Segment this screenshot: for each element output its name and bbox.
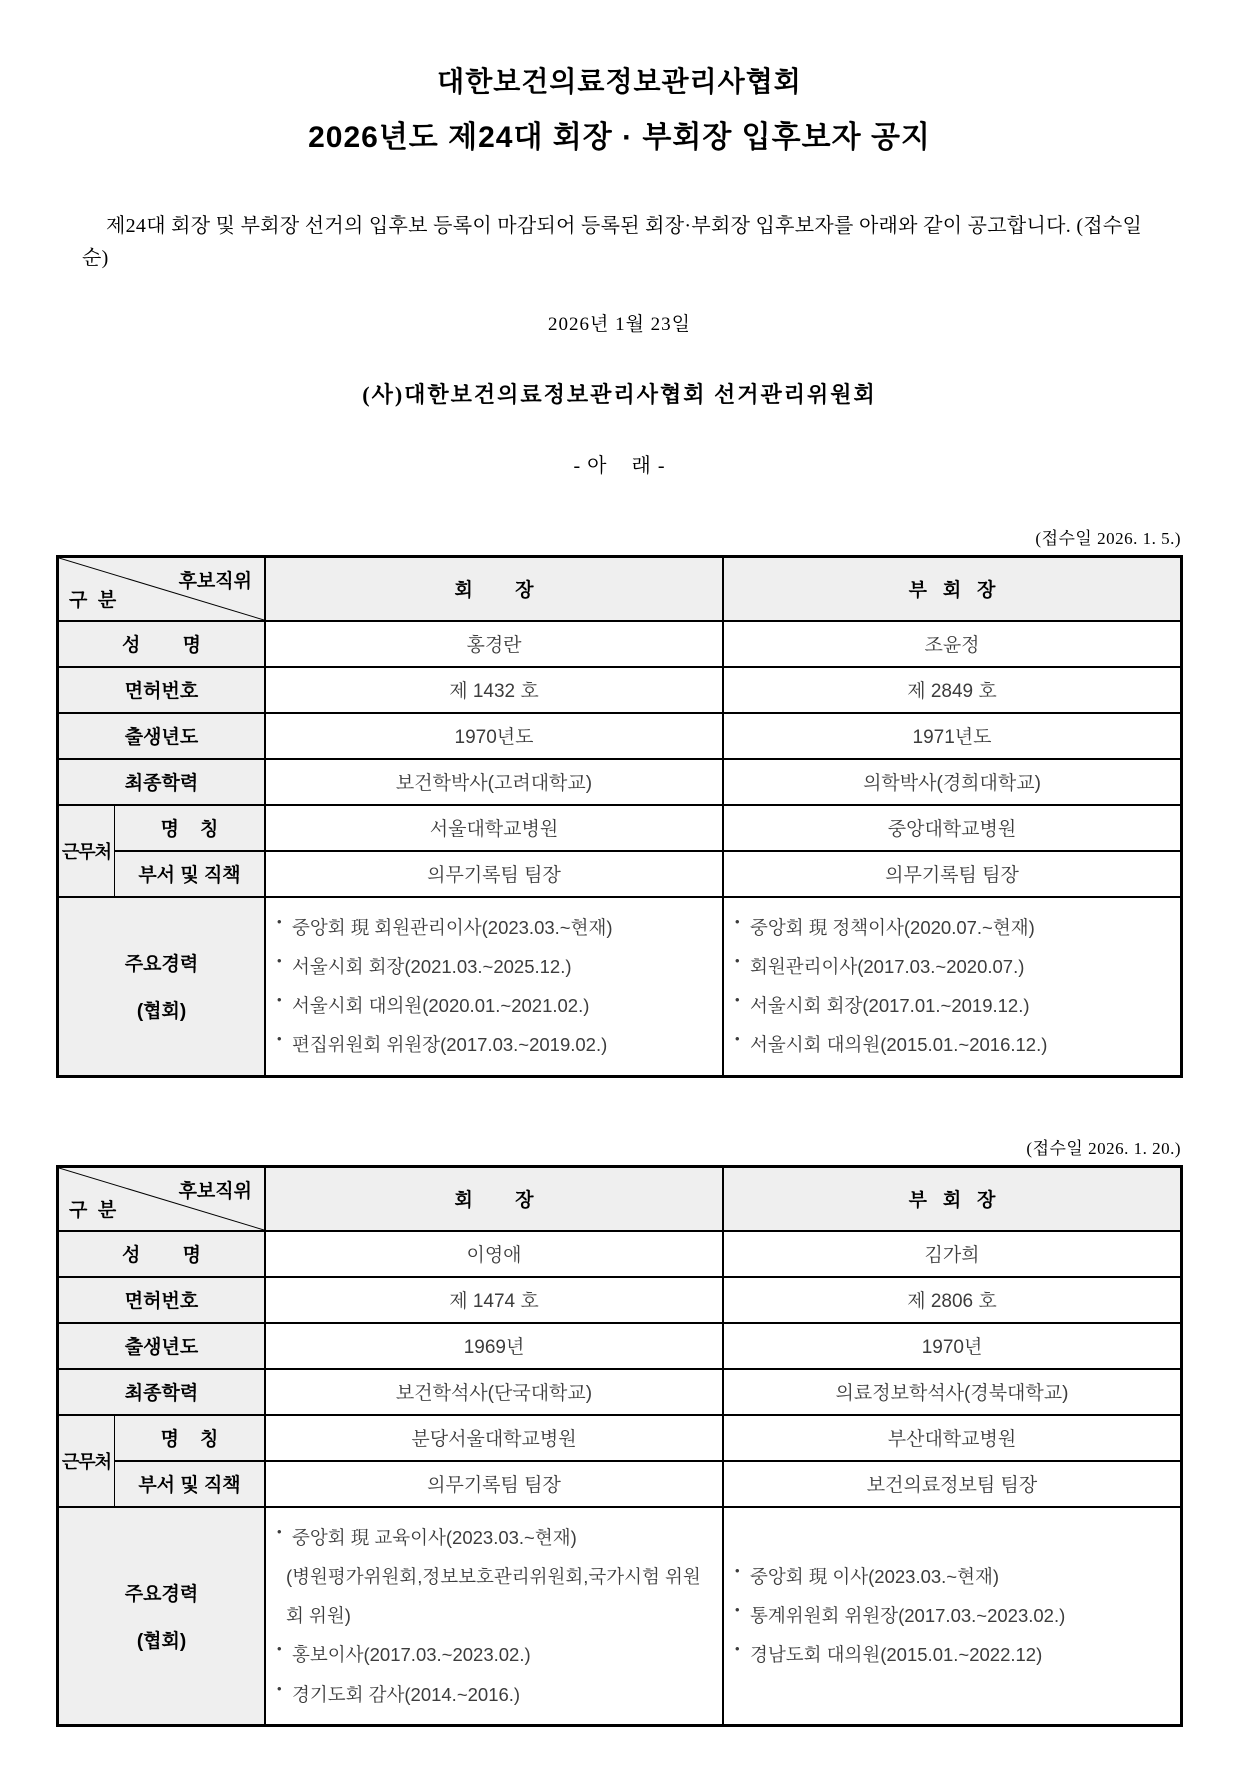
- education-row-label: 최종학력: [59, 1368, 264, 1414]
- president-license: 제 1432 호: [264, 666, 722, 712]
- workplace-group-label: 근무처: [59, 804, 114, 896]
- president-column-header: 회 장: [264, 558, 722, 620]
- vice-name: 조윤정: [722, 620, 1180, 666]
- career-label-line2: (협회): [137, 996, 186, 1023]
- president-name: 홍경란: [264, 620, 722, 666]
- name-row-label: 성 명: [59, 620, 264, 666]
- license-row-label: 면허번호: [59, 666, 264, 712]
- corner-header-cell: 후보직위 구 분: [59, 1168, 264, 1230]
- career-item: 경남도회 대의원(2015.01.~2022.12): [730, 1635, 1174, 1674]
- candidate-table-2: 후보직위 구 분 회 장 부 회 장 성 명 이영애 김가희 면허번호 제 14…: [56, 1165, 1183, 1727]
- corner-header-cell: 후보직위 구 분: [59, 558, 264, 620]
- career-item: 홍보이사(2017.03.~2023.02.): [272, 1635, 716, 1674]
- vice-career-cell: 중앙회 現 이사(2023.03.~현재) 통계위원회 위원장(2017.03.…: [722, 1506, 1180, 1724]
- president-workplace-dept: 의무기록팀 팀장: [264, 850, 722, 896]
- career-item: 중앙회 現 교육이사(2023.03.~현재): [272, 1518, 716, 1557]
- vice-name: 김가희: [722, 1230, 1180, 1276]
- career-list: 중앙회 現 회원관리이사(2023.03.~현재) 서울시회 회장(2021.0…: [272, 908, 716, 1065]
- career-list: 중앙회 現 이사(2023.03.~현재) 통계위원회 위원장(2017.03.…: [730, 1557, 1174, 1675]
- election-committee-name: (사)대한보건의료정보관리사협회 선거관리위원회: [56, 378, 1183, 409]
- vice-education: 의료정보학석사(경북대학교): [722, 1368, 1180, 1414]
- president-birth-year: 1970년도: [264, 712, 722, 758]
- president-education: 보건학박사(고려대학교): [264, 758, 722, 804]
- notice-title: 2026년도 제24대 회장 · 부회장 입후보자 공지: [56, 112, 1183, 156]
- vice-president-column-header: 부 회 장: [722, 558, 1180, 620]
- career-item: 중앙회 現 정책이사(2020.07.~현재): [730, 908, 1174, 947]
- workplace-dept-label: 부서 및 직책: [114, 850, 264, 896]
- workplace-name-label: 명 칭: [114, 804, 264, 850]
- career-item: 중앙회 現 이사(2023.03.~현재): [730, 1557, 1174, 1596]
- vice-workplace-dept: 의무기록팀 팀장: [722, 850, 1180, 896]
- receipt-date-2: (접수일 2026. 1. 20.): [56, 1134, 1181, 1159]
- career-item: 통계위원회 위원장(2017.03.~2023.02.): [730, 1596, 1174, 1635]
- president-name: 이영애: [264, 1230, 722, 1276]
- vice-education: 의학박사(경희대학교): [722, 758, 1180, 804]
- career-list: 중앙회 現 교육이사(2023.03.~현재) (병원평가위원회,정보보호관리위…: [272, 1518, 716, 1714]
- candidate-table-1: 후보직위 구 분 회 장 부 회 장 성 명 홍경란 조윤정 면허번호 제 14…: [56, 555, 1183, 1078]
- career-item: 서울시회 회장(2021.03.~2025.12.): [272, 947, 716, 986]
- president-workplace-dept: 의무기록팀 팀장: [264, 1460, 722, 1506]
- president-career-cell: 중앙회 現 회원관리이사(2023.03.~현재) 서울시회 회장(2021.0…: [264, 896, 722, 1075]
- name-row-label: 성 명: [59, 1230, 264, 1276]
- career-label-line1: 주요경력: [125, 1579, 198, 1606]
- below-marker: - 아 래 -: [56, 449, 1183, 478]
- president-workplace-name: 서울대학교병원: [264, 804, 722, 850]
- vice-career-cell: 중앙회 現 정책이사(2020.07.~현재) 회원관리이사(2017.03.~…: [722, 896, 1180, 1075]
- notice-document: 대한보건의료정보관리사협회 2026년도 제24대 회장 · 부회장 입후보자 …: [0, 0, 1239, 1787]
- president-license: 제 1474 호: [264, 1276, 722, 1322]
- workplace-dept-label: 부서 및 직책: [114, 1460, 264, 1506]
- announcement-date: 2026년 1월 23일: [56, 309, 1183, 336]
- president-education: 보건학석사(단국대학교): [264, 1368, 722, 1414]
- workplace-group-label: 근무처: [59, 1414, 114, 1506]
- career-item: 중앙회 現 회원관리이사(2023.03.~현재): [272, 908, 716, 947]
- intro-paragraph: 제24대 회장 및 부회장 선거의 입후보 등록이 마감되어 등록된 회장·부회…: [56, 210, 1183, 275]
- career-item: 편집위원회 위원장(2017.03.~2019.02.): [272, 1025, 716, 1064]
- career-row-label: 주요경력 (협회): [59, 1506, 264, 1724]
- corner-label-category: 구 분: [69, 1195, 116, 1222]
- org-title: 대한보건의료정보관리사협회: [56, 60, 1183, 100]
- career-item: 회원관리이사(2017.03.~2020.07.): [730, 947, 1174, 986]
- career-item: 서울시회 대의원(2015.01.~2016.12.): [730, 1025, 1174, 1064]
- vice-birth-year: 1971년도: [722, 712, 1180, 758]
- career-item: 서울시회 회장(2017.01.~2019.12.): [730, 986, 1174, 1025]
- president-column-header: 회 장: [264, 1168, 722, 1230]
- career-row-label: 주요경력 (협회): [59, 896, 264, 1075]
- vice-president-column-header: 부 회 장: [722, 1168, 1180, 1230]
- birth-year-row-label: 출생년도: [59, 1322, 264, 1368]
- license-row-label: 면허번호: [59, 1276, 264, 1322]
- receipt-date-1: (접수일 2026. 1. 5.): [56, 524, 1181, 549]
- president-birth-year: 1969년: [264, 1322, 722, 1368]
- education-row-label: 최종학력: [59, 758, 264, 804]
- president-workplace-name: 분당서울대학교병원: [264, 1414, 722, 1460]
- president-career-cell: 중앙회 現 교육이사(2023.03.~현재) (병원평가위원회,정보보호관리위…: [264, 1506, 722, 1724]
- corner-label-position: 후보직위: [179, 566, 252, 593]
- career-label-line1: 주요경력: [125, 949, 198, 976]
- career-label-line2: (협회): [137, 1626, 186, 1653]
- career-item: 서울시회 대의원(2020.01.~2021.02.): [272, 986, 716, 1025]
- corner-label-position: 후보직위: [179, 1176, 252, 1203]
- vice-license: 제 2806 호: [722, 1276, 1180, 1322]
- career-list: 중앙회 現 정책이사(2020.07.~현재) 회원관리이사(2017.03.~…: [730, 908, 1174, 1065]
- vice-workplace-dept: 보건의료정보팀 팀장: [722, 1460, 1180, 1506]
- vice-license: 제 2849 호: [722, 666, 1180, 712]
- career-item: (병원평가위원회,정보보호관리위원회,국가시험 위원회 위원): [272, 1557, 716, 1635]
- vice-birth-year: 1970년: [722, 1322, 1180, 1368]
- birth-year-row-label: 출생년도: [59, 712, 264, 758]
- vice-workplace-name: 부산대학교병원: [722, 1414, 1180, 1460]
- career-item: 경기도회 감사(2014.~2016.): [272, 1675, 716, 1714]
- vice-workplace-name: 중앙대학교병원: [722, 804, 1180, 850]
- corner-label-category: 구 분: [69, 585, 116, 612]
- workplace-name-label: 명 칭: [114, 1414, 264, 1460]
